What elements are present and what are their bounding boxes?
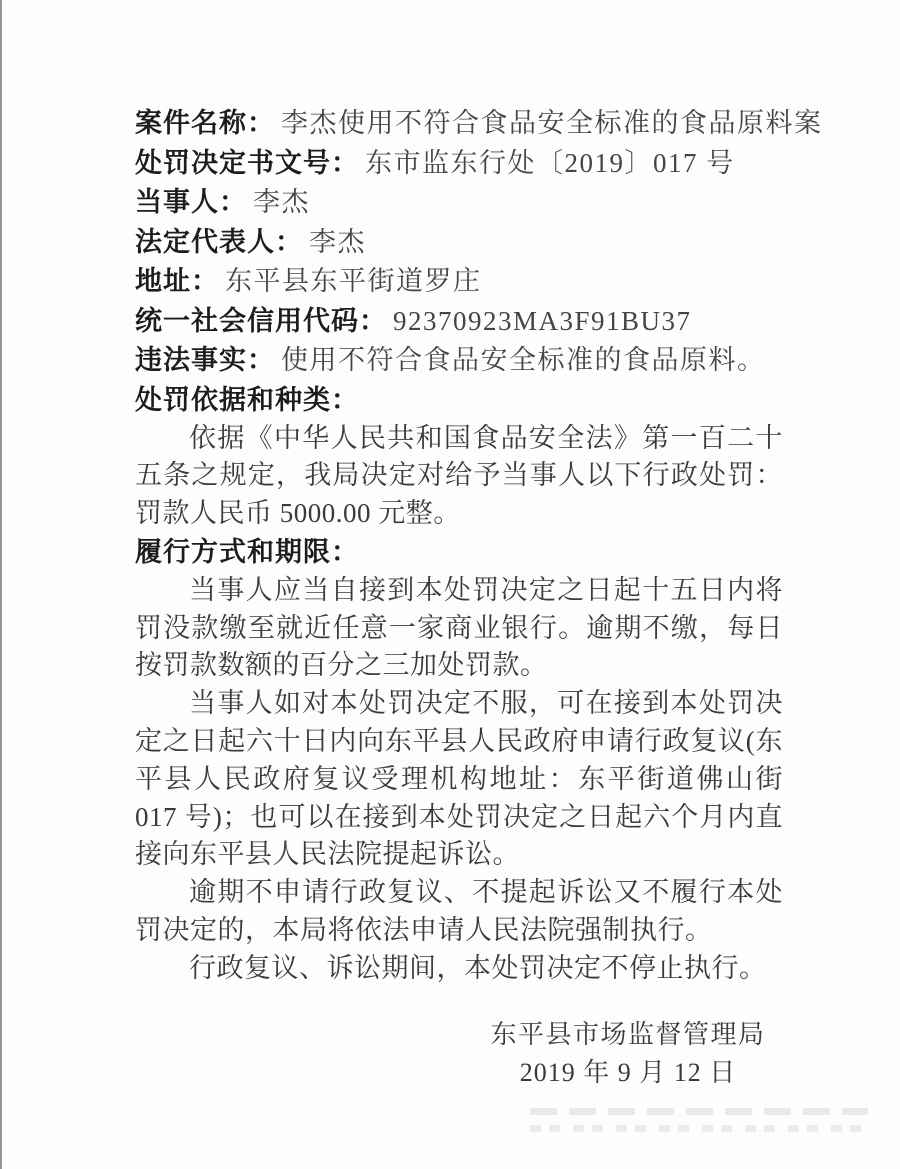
field-decision-number-value: 东市监东行处〔2019〕017 号: [365, 148, 735, 178]
section-heading-penalty-basis: 处罚依据和种类：: [135, 381, 783, 420]
field-illegal-facts-value: 使用不符合食品安全标准的食品原料。: [281, 345, 766, 375]
field-address: 地址：东平县东平街道罗庄: [135, 262, 783, 302]
field-party-label: 当事人：: [135, 187, 247, 217]
section-heading-performance-terms: 履行方式和期限：: [135, 533, 783, 572]
field-illegal-facts: 违法事实：使用不符合食品安全标准的食品原料。: [135, 341, 783, 381]
field-credit-code: 统一社会信用代码：92370923MA3F91BU37: [135, 302, 783, 342]
field-legal-representative: 法定代表人：李杰: [135, 223, 783, 263]
field-credit-code-label: 统一社会信用代码：: [135, 306, 387, 336]
page-bleed-artifact-row1: [530, 1108, 868, 1115]
field-party-value: 李杰: [253, 187, 310, 217]
penalty-decision-document-page: 案件名称：李杰使用不符合食品安全标准的食品原料案 处罚决定书文号：东市监东行处〔…: [0, 0, 900, 1169]
field-case-name-label: 案件名称：: [135, 108, 275, 138]
field-party: 当事人：李杰: [135, 183, 783, 223]
field-case-name: 案件名称：李杰使用不符合食品安全标准的食品原料案: [135, 104, 783, 144]
field-address-value: 东平县东平街道罗庄: [225, 266, 482, 296]
field-illegal-facts-label: 违法事实：: [135, 345, 275, 375]
paragraph-enforcement: 逾期不申请行政复议、不提起诉讼又不履行本处罚决定的，本局将依法申请人民法院强制执…: [135, 874, 783, 950]
field-decision-number-label: 处罚决定书文号：: [135, 148, 359, 178]
document-body: 案件名称：李杰使用不符合食品安全标准的食品原料案 处罚决定书文号：东市监东行处〔…: [135, 104, 783, 1092]
field-decision-number: 处罚决定书文号：东市监东行处〔2019〕017 号: [135, 144, 783, 184]
field-address-label: 地址：: [135, 266, 219, 296]
field-legal-representative-value: 李杰: [309, 227, 366, 257]
paragraph-payment-deadline: 当事人应当自接到本处罚决定之日起十五日内将罚没款缴至就近任意一家商业银行。逾期不…: [135, 572, 783, 685]
field-legal-representative-label: 法定代表人：: [135, 227, 303, 257]
page-bleed-artifact-row2: [530, 1125, 868, 1132]
field-credit-code-value: 92370923MA3F91BU37: [393, 306, 692, 336]
paragraph-penalty-basis: 依据《中华人民共和国食品安全法》第一百二十五条之规定，我局决定对给予当事人以下行…: [135, 420, 783, 533]
paragraph-no-suspension: 行政复议、诉讼期间，本处罚决定不停止执行。: [135, 950, 783, 988]
issue-date: 2019 年 9 月 12 日: [473, 1054, 783, 1092]
field-case-name-value: 李杰使用不符合食品安全标准的食品原料案: [281, 108, 823, 138]
signature-block: 东平县市场监督管理局 2019 年 9 月 12 日: [473, 1016, 783, 1092]
paragraph-appeal-rights: 当事人如对本处罚决定不服，可在接到本处罚决定之日起六十日内向东平县人民政府申请行…: [135, 685, 783, 874]
issuing-agency: 东平县市场监督管理局: [473, 1016, 783, 1054]
